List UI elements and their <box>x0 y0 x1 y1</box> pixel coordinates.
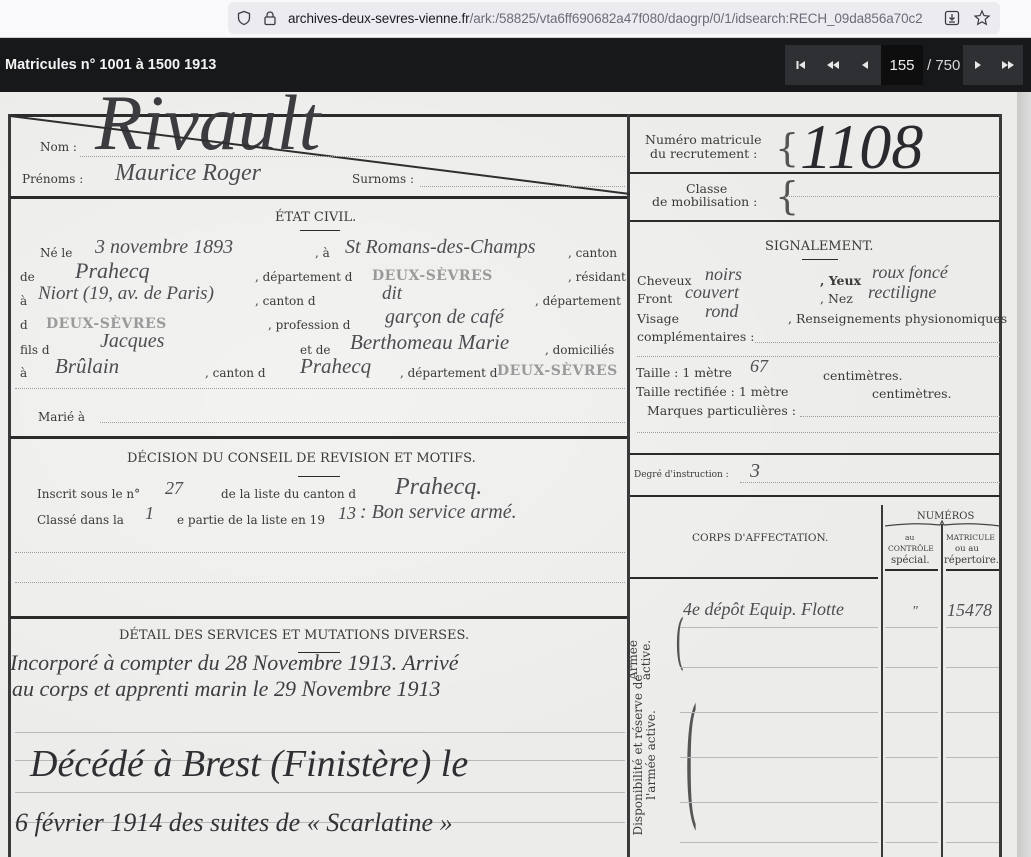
residant-label: , résidant <box>568 270 626 284</box>
next-page-button[interactable] <box>963 45 993 85</box>
liste-label: de la liste du canton d <box>221 487 356 501</box>
profession-value: garçon de café <box>385 306 504 329</box>
signalement-title: SIGNALEMENT. <box>765 239 873 254</box>
matricule-header-1: MATRICULE <box>946 533 995 542</box>
lieu-naissance-value: St Romans-des-Champs <box>345 236 536 259</box>
services-line-4: 6 février 1914 des suites de « Scarlatin… <box>15 808 453 838</box>
fast-forward-icon <box>1001 59 1015 71</box>
canton-d-value: dit <box>382 283 402 305</box>
inscrit-label: Inscrit sous le n° <box>37 487 140 501</box>
rewind-icon <box>826 59 840 71</box>
canton-d-label: , canton d <box>255 294 316 308</box>
departement3-value: DEUX-SÈVRES <box>497 363 618 379</box>
row1-matricule-value: 15478 <box>947 600 992 621</box>
services-title: DÉTAIL DES SERVICES ET MUTATIONS DIVERSE… <box>119 628 469 643</box>
yeux-label: , Yeux <box>820 273 861 288</box>
prenoms-label: Prénoms : <box>22 172 83 186</box>
ne-le-label: Né le <box>40 246 72 260</box>
page-edge <box>1017 92 1031 857</box>
de-label: de <box>20 270 35 284</box>
controle-header-2: CONTRÔLE <box>888 544 934 553</box>
nom-label: Nom : <box>40 140 77 154</box>
back-ten-button[interactable] <box>817 45 849 85</box>
matricule-label-1: Numéro matricule <box>645 132 761 147</box>
canton3-value: Prahecq <box>300 354 371 379</box>
viewer-toolbar: Matricules n° 1001 à 1500 1913 155 / 750 <box>0 39 1031 92</box>
visage-value: rond <box>705 301 738 322</box>
controle-header-1: au <box>905 533 914 542</box>
canton-de-label: , canton d <box>205 366 266 380</box>
departement2-label: , département <box>535 294 621 308</box>
departement-value: DEUX-SÈVRES <box>372 268 493 284</box>
corps-header: CORPS D'AFFECTATION. <box>692 532 828 544</box>
pere-value: Jacques <box>100 330 164 353</box>
url-domain: archives-deux-sevres-vienne.fr <box>288 11 470 26</box>
matricule-header-2: ou au <box>955 544 979 554</box>
nez-value: rectiligne <box>868 282 936 303</box>
canton-value: Prahecq <box>75 258 150 284</box>
page-number-input[interactable]: 155 <box>881 45 923 85</box>
motif-value: : Bon service armé. <box>360 501 517 524</box>
previous-icon <box>860 59 870 71</box>
forward-ten-button[interactable] <box>993 45 1023 85</box>
classe-mob-label-2: de mobilisation : <box>652 194 757 209</box>
liste-value: Prahecq. <box>395 474 482 501</box>
next-icon <box>973 59 983 71</box>
page-total: / 750 <box>923 45 963 85</box>
profession-label: , profession d <box>268 318 350 332</box>
brace-icon: { <box>775 126 799 170</box>
degre-value: 3 <box>750 460 760 483</box>
disponibilite-label: Disponibilité et réserve de l'armée acti… <box>632 670 658 840</box>
complementaires-label: complémentaires : <box>637 329 755 344</box>
annee-value: 13 <box>338 503 356 524</box>
departement-label: , département d <box>255 270 352 284</box>
departement3-label: , département d <box>400 366 497 380</box>
visage-label: Visage <box>637 311 679 326</box>
first-page-button[interactable] <box>785 45 817 85</box>
services-line-1: Incorporé à compter du 28 Novembre 1913.… <box>10 650 458 676</box>
brace-icon: ( <box>684 692 698 832</box>
d-label: d <box>20 318 28 332</box>
inscrit-value: 27 <box>165 478 183 499</box>
classe-value: 1 <box>145 503 154 524</box>
front-label: Front <box>637 291 672 306</box>
previous-page-button[interactable] <box>849 45 881 85</box>
first-page-icon <box>795 59 807 71</box>
matricule-header-3: répertoire. <box>944 555 999 566</box>
row1-corps-value: 4e dépôt Equip. Flotte <box>683 599 844 620</box>
canton-label: , canton <box>568 246 617 260</box>
residence-value: Niort (19, av. de Paris) <box>38 283 214 305</box>
browser-toolbar: archives-deux-sevres-vienne.fr/ark:/5882… <box>0 0 1031 38</box>
decision-title: DÉCISION DU CONSEIL DE REVISION ET MOTIF… <box>127 451 476 466</box>
centimetres2-label: centimètres. <box>872 386 952 401</box>
degre-label: Degré d'instruction : <box>634 470 729 480</box>
address-bar[interactable]: archives-deux-sevres-vienne.fr/ark:/5882… <box>228 2 1000 34</box>
centimetres-label: centimètres. <box>823 368 903 383</box>
classe-label: Classé dans la <box>37 513 124 527</box>
domicilies-label: , domiciliés <box>545 343 614 357</box>
partie-label: e partie de la liste en 19 <box>177 513 325 527</box>
row1-controle-value: " <box>912 604 918 620</box>
taille-label: Taille : 1 mètre <box>636 365 732 380</box>
domicile-value: Brûlain <box>55 354 119 379</box>
marques-label: Marques particulières : <box>647 403 796 418</box>
services-line-3: Décédé à Brest (Finistère) le <box>30 742 468 786</box>
nez-label: , Nez <box>820 291 853 306</box>
matricule-label-2: du recrutement : <box>650 146 757 161</box>
services-line-2: au corps et apprenti marin le 29 Novembr… <box>12 676 441 702</box>
url-text[interactable]: archives-deux-sevres-vienne.fr/ark:/5882… <box>288 11 938 26</box>
a-label: , à <box>315 246 330 260</box>
shield-icon[interactable] <box>234 8 254 28</box>
yeux-value: roux foncé <box>872 262 948 283</box>
a3-label: à <box>20 366 27 380</box>
marie-label: Marié à <box>38 410 85 424</box>
taille-value: 67 <box>750 356 768 377</box>
surnoms-label: Surnoms : <box>352 172 414 186</box>
lock-icon[interactable] <box>260 8 280 28</box>
etat-civil-title: ÉTAT CIVIL. <box>275 210 356 225</box>
document-title: Matricules n° 1001 à 1500 1913 <box>5 57 216 73</box>
front-value: couvert <box>685 282 739 303</box>
prenoms-value: Maurice Roger <box>115 160 261 187</box>
cheveux-label: Cheveux <box>637 273 692 288</box>
taille-rectifiee-label: Taille rectifiée : 1 mètre <box>636 384 788 399</box>
download-icon[interactable] <box>942 8 962 28</box>
renseignements-label: , Renseignements physionomiques <box>788 311 1007 326</box>
document-viewer[interactable]: Rivault Nom : Prénoms : Maurice Roger Su… <box>0 92 1031 857</box>
bookmark-star-icon[interactable] <box>972 8 992 28</box>
a2-label: à <box>20 294 27 308</box>
page-navigator: 155 / 750 <box>785 45 1023 85</box>
mere-value: Berthomeau Marie <box>350 330 509 355</box>
url-path: /ark:/58825/vta6ff690682a47f080/daogrp/0… <box>470 11 923 26</box>
fils-de-label: fils d <box>20 343 50 357</box>
register-page: Rivault Nom : Prénoms : Maurice Roger Su… <box>0 92 1020 857</box>
controle-header-3: spécial. <box>891 555 930 566</box>
ne-le-value: 3 novembre 1893 <box>95 236 233 259</box>
numeros-brace <box>885 520 1000 530</box>
